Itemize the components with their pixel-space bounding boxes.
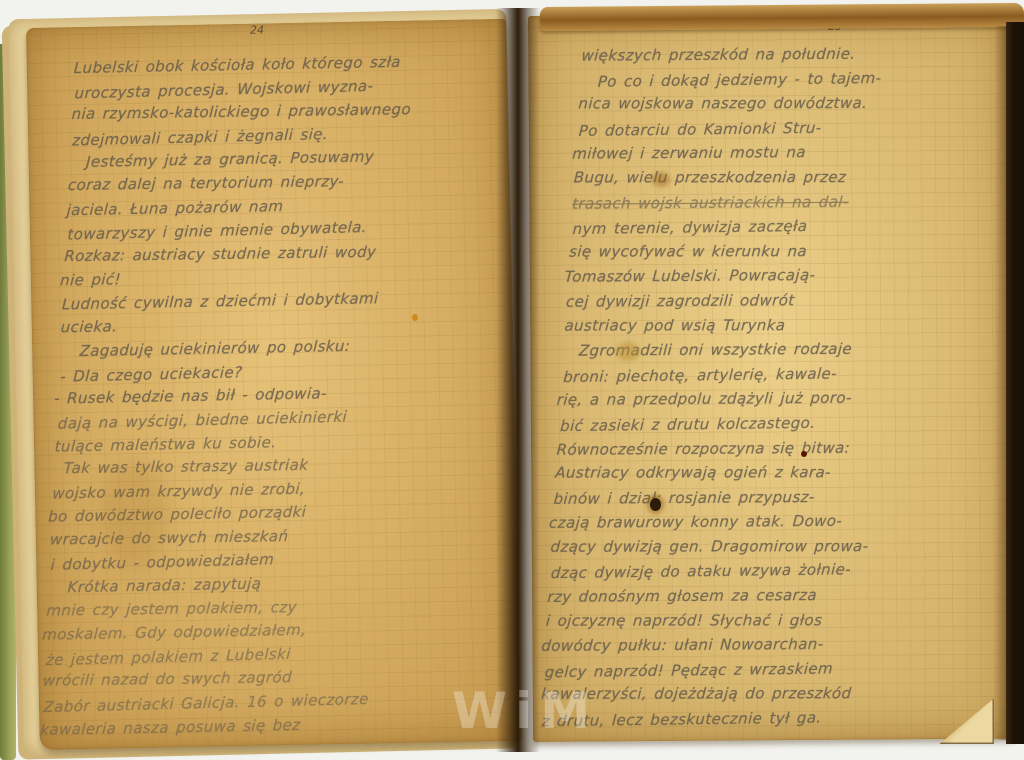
ink-dot	[801, 451, 807, 457]
left-page-text: Lubelski obok kościoła koło którego szła…	[40, 49, 515, 742]
handwriting-line: Równocześnie rozpoczyna się bitwa:	[556, 434, 998, 462]
page-number-left: 24	[250, 23, 264, 36]
paper-shading	[100, 460, 170, 570]
handwriting-line: Austriacy odkrywają ogień z kara-	[554, 460, 996, 485]
burn-hole-spot	[650, 498, 661, 511]
handwriting-line: czają brawurowy konny atak. Dowo-	[548, 508, 990, 536]
notebook-scan: 24 Lubelski obok kościoła koło którego s…	[0, 0, 1024, 760]
handwriting-line: nym terenie, dywizja zaczęła	[572, 211, 1014, 241]
right-page-top-binding-edge	[540, 3, 1024, 31]
handwriting-line: binów i dział; rosjanie przypusz-	[553, 483, 995, 511]
handwriting-line: austriacy pod wsią Turynka	[564, 312, 1006, 337]
handwriting-line: Tomaszów Lubelski. Powracają-	[564, 262, 1006, 290]
handwriting-line: miłowej i zerwaniu mostu na	[572, 139, 1014, 167]
handwriting-line: kawalerzyści, dojeżdżają do przeszkód	[540, 681, 982, 706]
paper-stain	[616, 342, 640, 361]
paper-stain	[652, 172, 670, 187]
handwriting-line: się wycofywać w kierunku na	[568, 239, 1010, 264]
handwriting-line: cej dywizji zagrodzili odwrót	[565, 287, 1007, 315]
handwriting-line: Bugu, wielu przeszkodzenia przez	[573, 165, 1015, 190]
right-page-text: większych przeszkód na południe.Po co i …	[539, 41, 1022, 733]
handwriting-line: Po co i dokąd jedziemy - to tajem-	[581, 64, 1023, 94]
right-page: 25 większych przeszkód na południe.Po co…	[528, 13, 1015, 742]
handwriting-line: i ojczyznę naprzód! Słychać i głos	[545, 608, 987, 633]
handwriting-line: nica wojskowa naszego dowództwa.	[578, 91, 1020, 116]
handwriting-line: z drutu, lecz bezskutecznie tył ga.	[541, 704, 983, 734]
paper-speck	[412, 314, 418, 321]
handwriting-line: rzy donośnym głosem za cesarza	[547, 582, 989, 610]
left-page: 24 Lubelski obok kościoła koło którego s…	[26, 19, 520, 750]
page-stack-edge-right	[1006, 22, 1024, 744]
